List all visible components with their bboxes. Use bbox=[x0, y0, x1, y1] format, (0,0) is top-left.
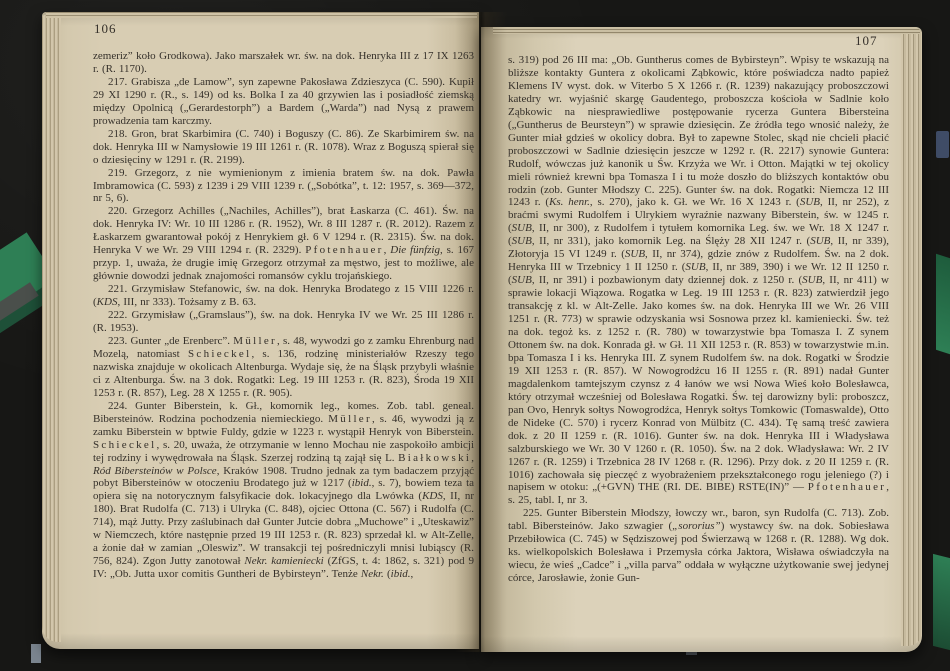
page-number-left: 106 bbox=[94, 21, 117, 37]
paragraph: 225. Gunter Biberstein Młodszy, łowczy w… bbox=[508, 507, 889, 585]
paragraph: 217. Grabisza „de Lamow”, syn zapewne Pa… bbox=[93, 76, 474, 128]
paragraph: 223. Gunter „de Erenberc”. Müller, s. 48… bbox=[93, 335, 474, 400]
book-scan-photo: 106 107 zemeriz” koło Grodkowa). Jako ma… bbox=[0, 0, 950, 671]
page-edges-top-left bbox=[46, 12, 477, 18]
paragraph: 220. Grzegorz Achilles („Nachiles, Achil… bbox=[93, 205, 474, 283]
paragraph: zemeriz” koło Grodkowa). Jako marszałek … bbox=[93, 50, 474, 76]
open-book: 106 107 zemeriz” koło Grodkowa). Jako ma… bbox=[0, 0, 950, 671]
paragraph: 222. Grzymisław („Gramslaus”), św. na do… bbox=[93, 309, 474, 335]
page-number-right: 107 bbox=[855, 33, 878, 49]
page-edges-left bbox=[42, 15, 61, 642]
page-text-right: s. 319) pod 26 III ma: „Ob. Guntherus co… bbox=[508, 54, 889, 610]
paragraph: s. 319) pod 26 III ma: „Ob. Guntherus co… bbox=[508, 54, 889, 507]
page-text-left: zemeriz” koło Grodkowa). Jako marszałek … bbox=[93, 50, 474, 606]
paragraph: 219. Grzegorz, z nie wymienionym z imien… bbox=[93, 167, 474, 206]
paragraph: 224. Gunter Biberstein, k. Gł., komornik… bbox=[93, 400, 474, 581]
paragraph: 221. Grzymisław Stefanowic, św. na dok. … bbox=[93, 283, 474, 309]
paragraph: 218. Gron, brat Skarbimira (C. 740) i Bo… bbox=[93, 128, 474, 167]
page-edges-right bbox=[901, 29, 922, 646]
